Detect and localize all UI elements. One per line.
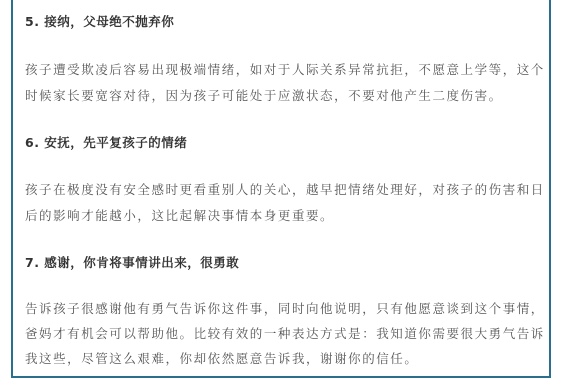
section-5-heading: 5. 接纳，父母绝不抛弃你 (25, 12, 174, 30)
section-5-line-1: 孩子遭受欺凌后容易出现极端情绪，如对于人际关系异常抗拒，不愿意上学等，这个 (25, 57, 545, 83)
section-7-line-2: 爸妈才有机会可以帮助他。比较有效的一种表达方式是：我知道你需要很大勇气告诉 (25, 321, 545, 347)
section-7-line-1: 告诉孩子很感谢他有勇气告诉你这件事，同时向他说明，只有他愿意谈到这个事情， (25, 296, 545, 322)
section-6-heading: 6. 安抚，先平复孩子的情绪 (25, 133, 187, 151)
section-6-line-1: 孩子在极度没有安全感时更看重别人的关心，越早把情绪处理好，对孩子的伤害和日 (25, 177, 545, 203)
section-5-line-2: 时候家长要宽容对待，因为孩子可能处于应激状态，不要对他产生二度伤害。 (25, 83, 503, 109)
section-7-heading: 7. 感谢，你肯将事情讲出来，很勇敢 (25, 253, 239, 271)
section-7-line-3: 我这些，尽管这么艰难，你却依然愿意告诉我，谢谢你的信任。 (25, 346, 418, 372)
section-6-line-2: 后的影响才能越小，这比起解决事情本身更重要。 (25, 203, 334, 229)
